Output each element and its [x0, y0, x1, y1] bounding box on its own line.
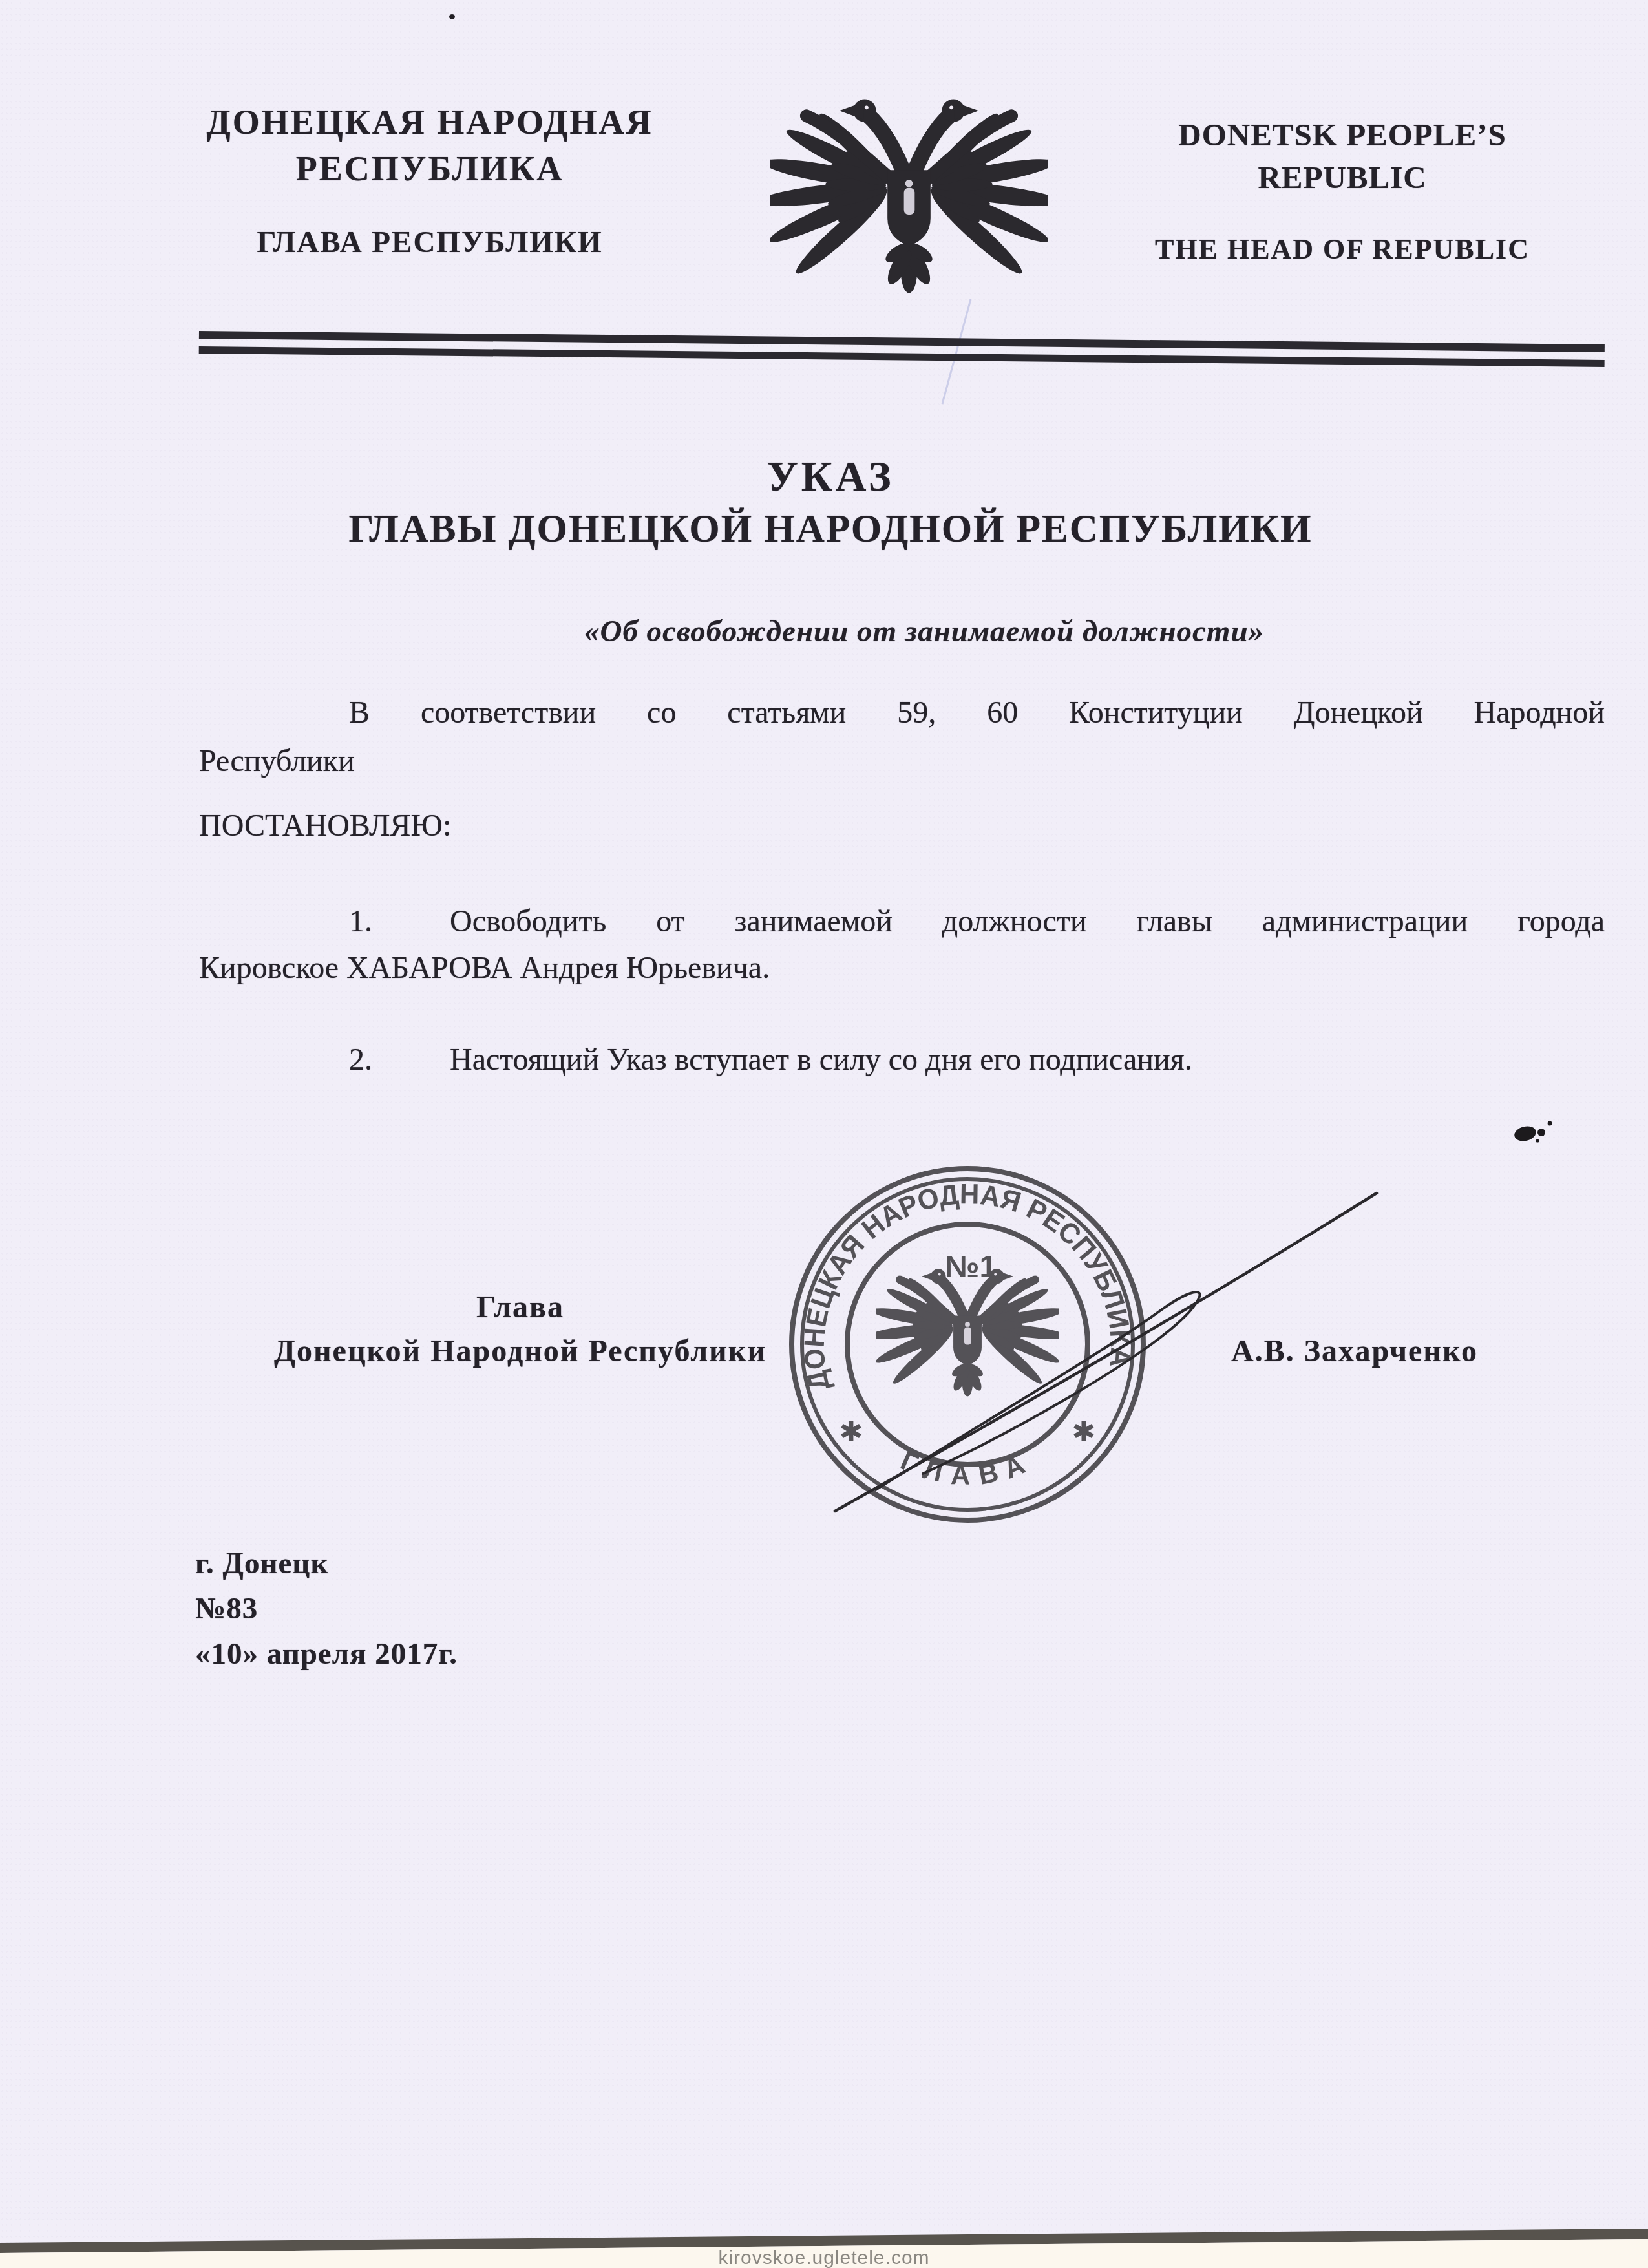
letterhead-org-name-en-line2: REPUBLIC — [1084, 159, 1601, 196]
coat-of-arms-emblem — [765, 55, 1053, 308]
scan-bottom-edge: kirovskoe.ugletele.com — [0, 2210, 1648, 2268]
document-page: ДОНЕЦКАЯ НАРОДНАЯ РЕСПУБЛИКА ГЛАВА РЕСПУ… — [0, 0, 1648, 2268]
ink-blot — [1506, 1113, 1570, 1149]
letterhead-org-name-en-line1: DONETSK PEOPLE’S — [1084, 116, 1601, 153]
letterhead-separator-rule — [199, 331, 1605, 367]
decree-item-2-number: 2. — [349, 1043, 450, 1077]
letterhead-org-name-ru-line1: ДОНЕЦКАЯ НАРОДНАЯ — [107, 102, 753, 142]
footer-number: №83 — [195, 1591, 258, 1626]
letterhead-office-ru: ГЛАВА РЕСПУБЛИКИ — [107, 225, 753, 260]
decree-item-1-line1: 1.Освободить от занимаемой должности гла… — [199, 904, 1605, 939]
resolve-word: ПОСТАНОВЛЯЮ: — [199, 808, 451, 843]
letterhead-office-en: THE HEAD OF REPUBLIC — [1084, 233, 1601, 266]
decree-title: УКАЗ — [0, 452, 1648, 502]
decree-item-2-line1: 2.Настоящий Указ вступает в силу со дня … — [199, 1042, 1605, 1077]
decree-item-2-text: Настоящий Указ вступает в силу со дня ег… — [450, 1043, 1192, 1077]
signature-post-line2: Донецкой Народной Республики — [252, 1333, 788, 1369]
decree-title-line2: ГЛАВЫ ДОНЕЦКОЙ НАРОДНОЙ РЕСПУБЛИКИ — [0, 507, 1648, 552]
decree-item-1-text: Освободить от занимаемой должности главы… — [450, 904, 1605, 938]
decree-subject: «Об освобождении от занимаемой должности… — [200, 614, 1648, 649]
paper-speck — [449, 14, 455, 19]
signature-post-line1: Глава — [252, 1289, 788, 1325]
decree-item-1-number: 1. — [349, 904, 450, 938]
letterhead-org-name-ru-line2: РЕСПУБЛИКА — [107, 149, 753, 189]
watermark-text: kirovskoe.ugletele.com — [718, 2247, 929, 2268]
decree-item-1-line2: Кировское ХАБАРОВА Андрея Юрьевича. — [199, 950, 1605, 986]
signature-stroke — [795, 1157, 1409, 1551]
intro-paragraph-line1: В соответствии со статьями 59, 60 Консти… — [199, 695, 1605, 730]
intro-paragraph-line2: Республики — [199, 743, 1605, 779]
footer-date: «10» апреля 2017г. — [195, 1637, 458, 1671]
footer-city: г. Донецк — [195, 1546, 328, 1581]
